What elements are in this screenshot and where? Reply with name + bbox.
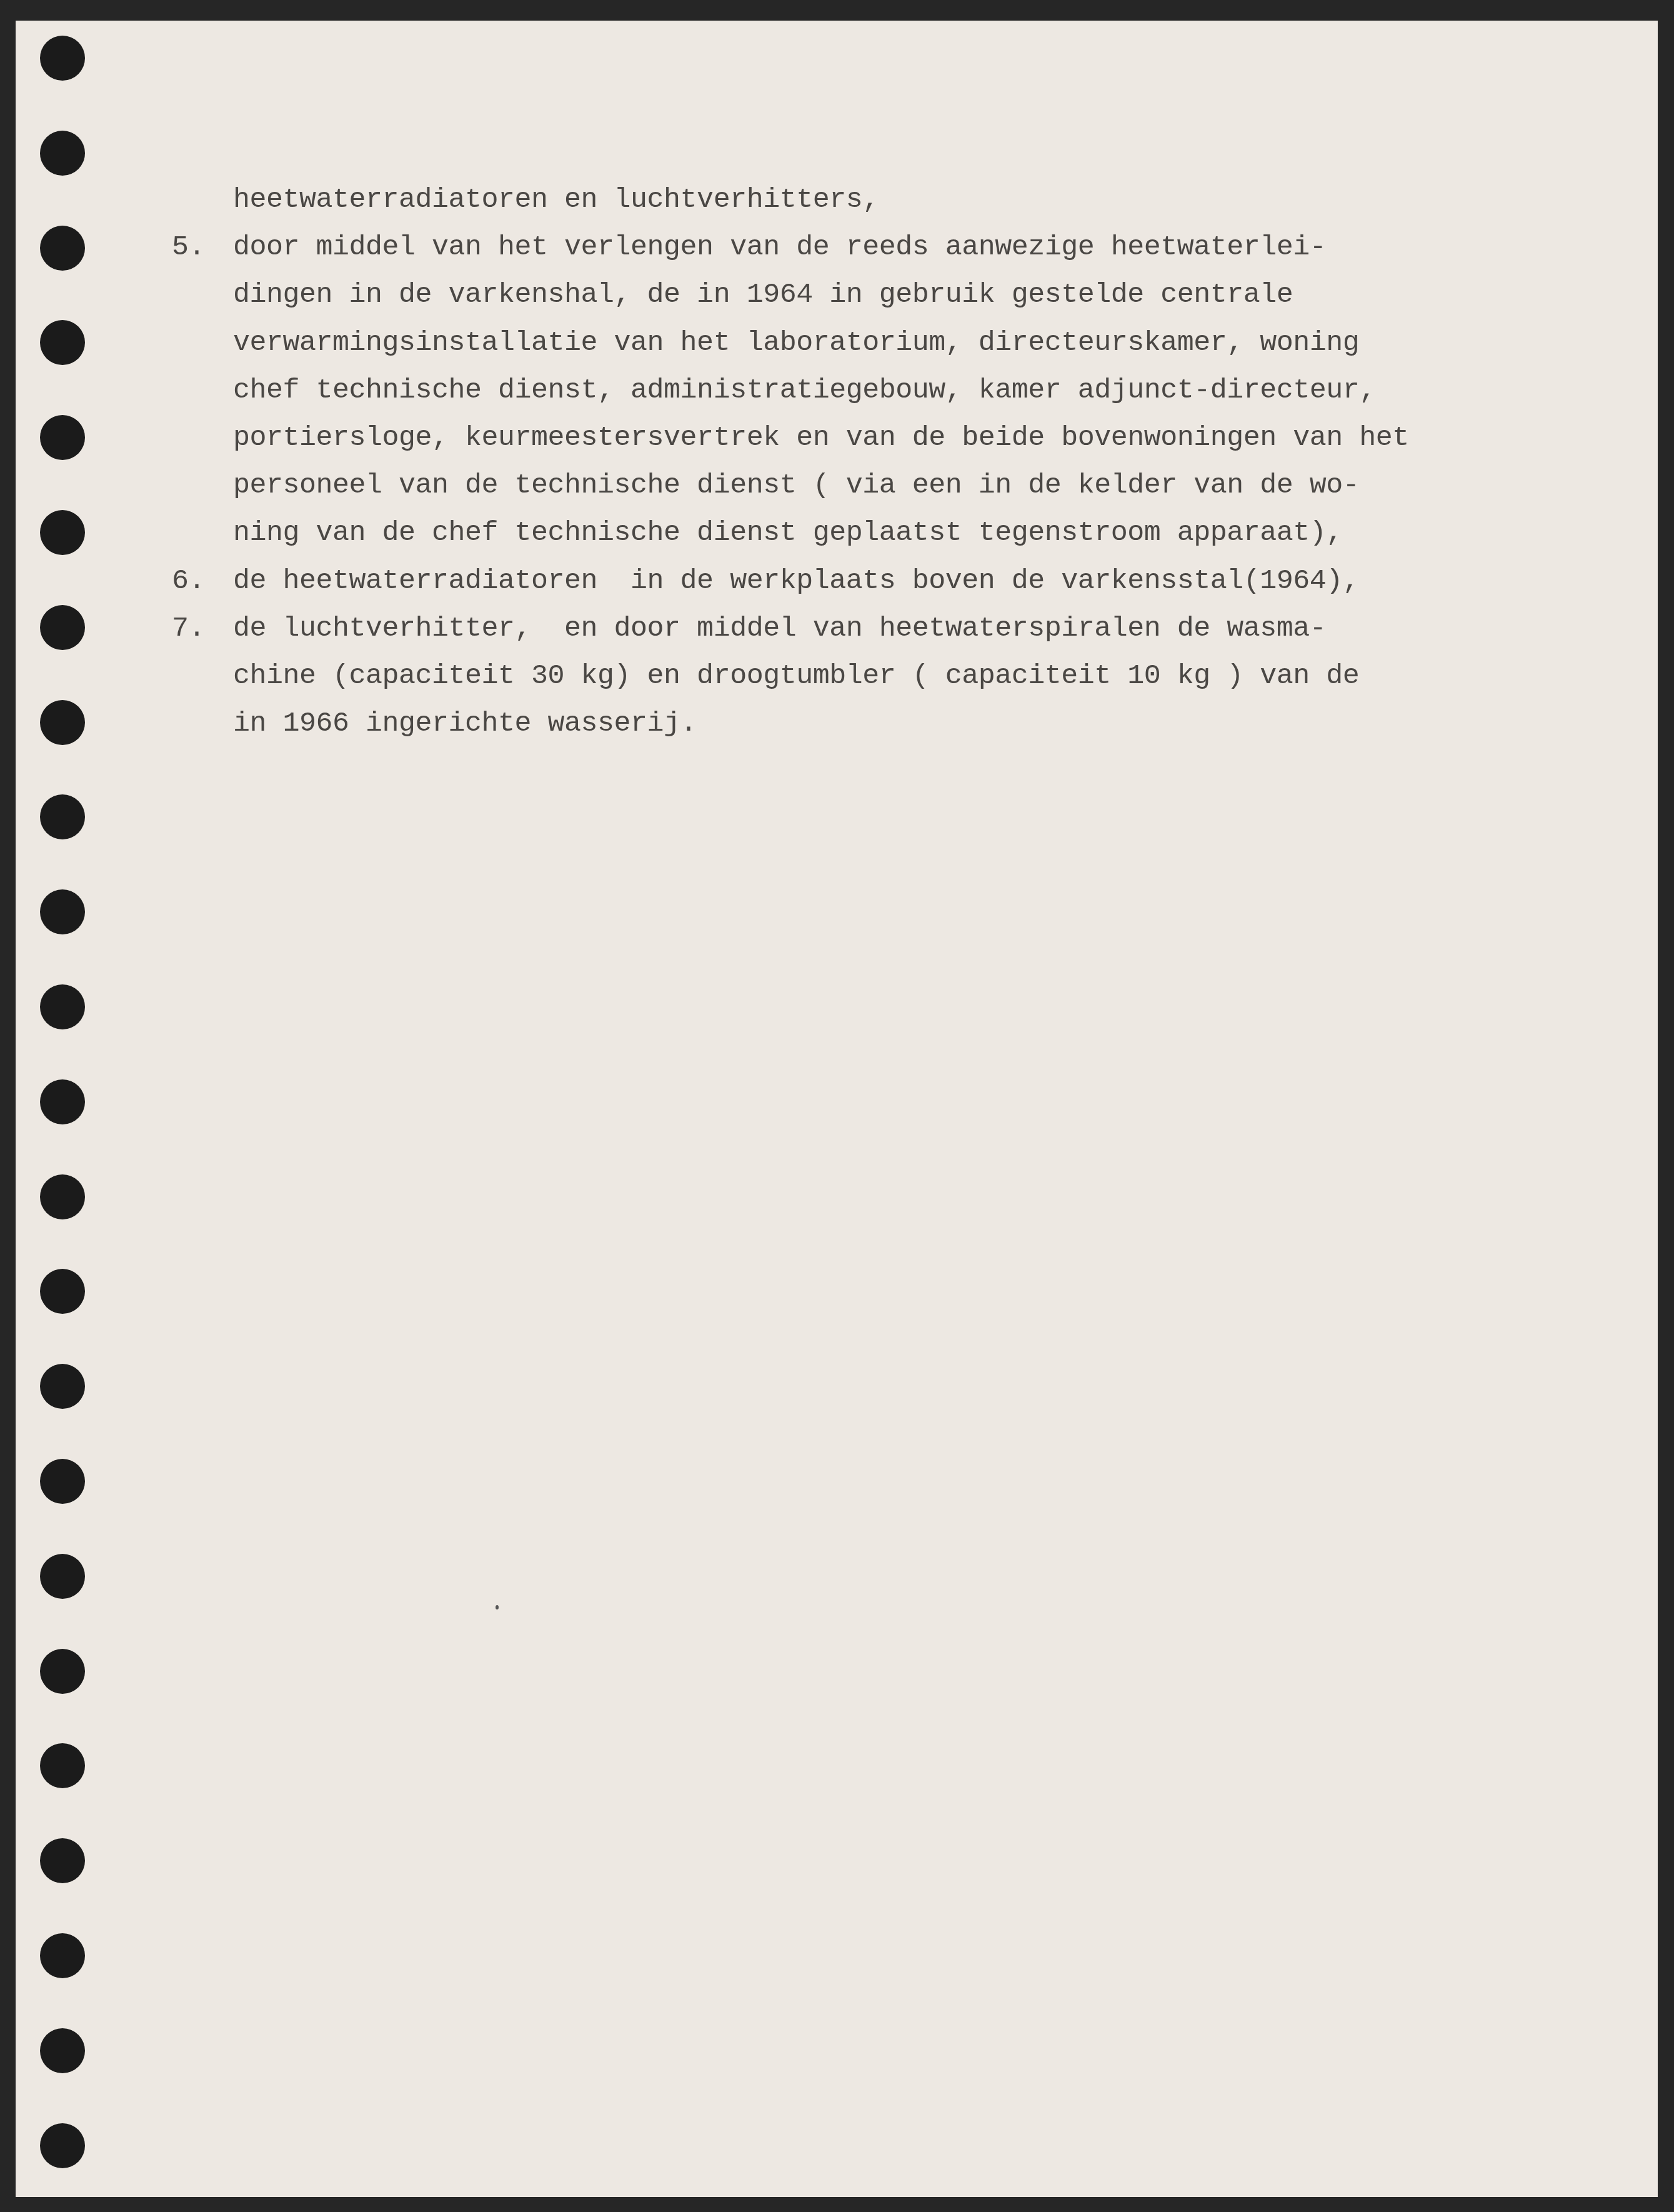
item-number: 7. bbox=[172, 614, 205, 643]
binder-hole bbox=[40, 1933, 85, 1978]
binder-hole bbox=[40, 984, 85, 1029]
text-line: in 1966 ingerichte wasserij. bbox=[233, 709, 697, 738]
binder-hole bbox=[40, 1459, 85, 1504]
binder-hole bbox=[40, 1649, 85, 1694]
binder-hole bbox=[40, 320, 85, 365]
text-line: portiersloge, keurmeestersvertrek en van… bbox=[233, 424, 1409, 452]
binder-hole bbox=[40, 510, 85, 555]
text-line: personeel van de technische dienst ( via… bbox=[233, 471, 1359, 499]
binder-hole bbox=[40, 700, 85, 745]
binder-hole bbox=[40, 1364, 85, 1409]
binder-hole bbox=[40, 2123, 85, 2168]
binder-hole bbox=[40, 1079, 85, 1124]
binder-hole bbox=[40, 2028, 85, 2073]
binder-hole bbox=[40, 1174, 85, 1219]
text-line: de luchtverhitter, en door middel van he… bbox=[233, 614, 1326, 643]
text-line: verwarmingsinstallatie van het laborator… bbox=[233, 329, 1359, 357]
binder-hole bbox=[40, 36, 85, 81]
binder-hole bbox=[40, 131, 85, 176]
binder-hole bbox=[40, 415, 85, 460]
text-line: door middel van het verlengen van de ree… bbox=[233, 233, 1326, 261]
item-number: 5. bbox=[172, 233, 205, 261]
item-number: 6. bbox=[172, 567, 205, 595]
typed-page: heetwaterradiatoren en luchtverhitters, … bbox=[16, 21, 1658, 2197]
binder-hole bbox=[40, 1838, 85, 1883]
binder-hole bbox=[40, 794, 85, 839]
paper-speck bbox=[496, 1605, 499, 1609]
text-line: chine (capaciteit 30 kg) en droogtumbler… bbox=[233, 662, 1359, 690]
binder-hole bbox=[40, 1743, 85, 1788]
text-line: ning van de chef technische dienst gepla… bbox=[233, 519, 1343, 547]
binder-hole bbox=[40, 605, 85, 650]
binder-hole bbox=[40, 226, 85, 271]
binder-hole bbox=[40, 889, 85, 934]
text-line: de heetwaterradiatoren in de werkplaats … bbox=[233, 567, 1359, 595]
text-line: dingen in de varkenshal, de in 1964 in g… bbox=[233, 281, 1293, 309]
text-line: chef technische dienst, administratiegeb… bbox=[233, 376, 1376, 404]
binder-hole bbox=[40, 1269, 85, 1314]
text-line: heetwaterradiatoren en luchtverhitters, bbox=[233, 186, 879, 214]
binder-hole bbox=[40, 1554, 85, 1599]
